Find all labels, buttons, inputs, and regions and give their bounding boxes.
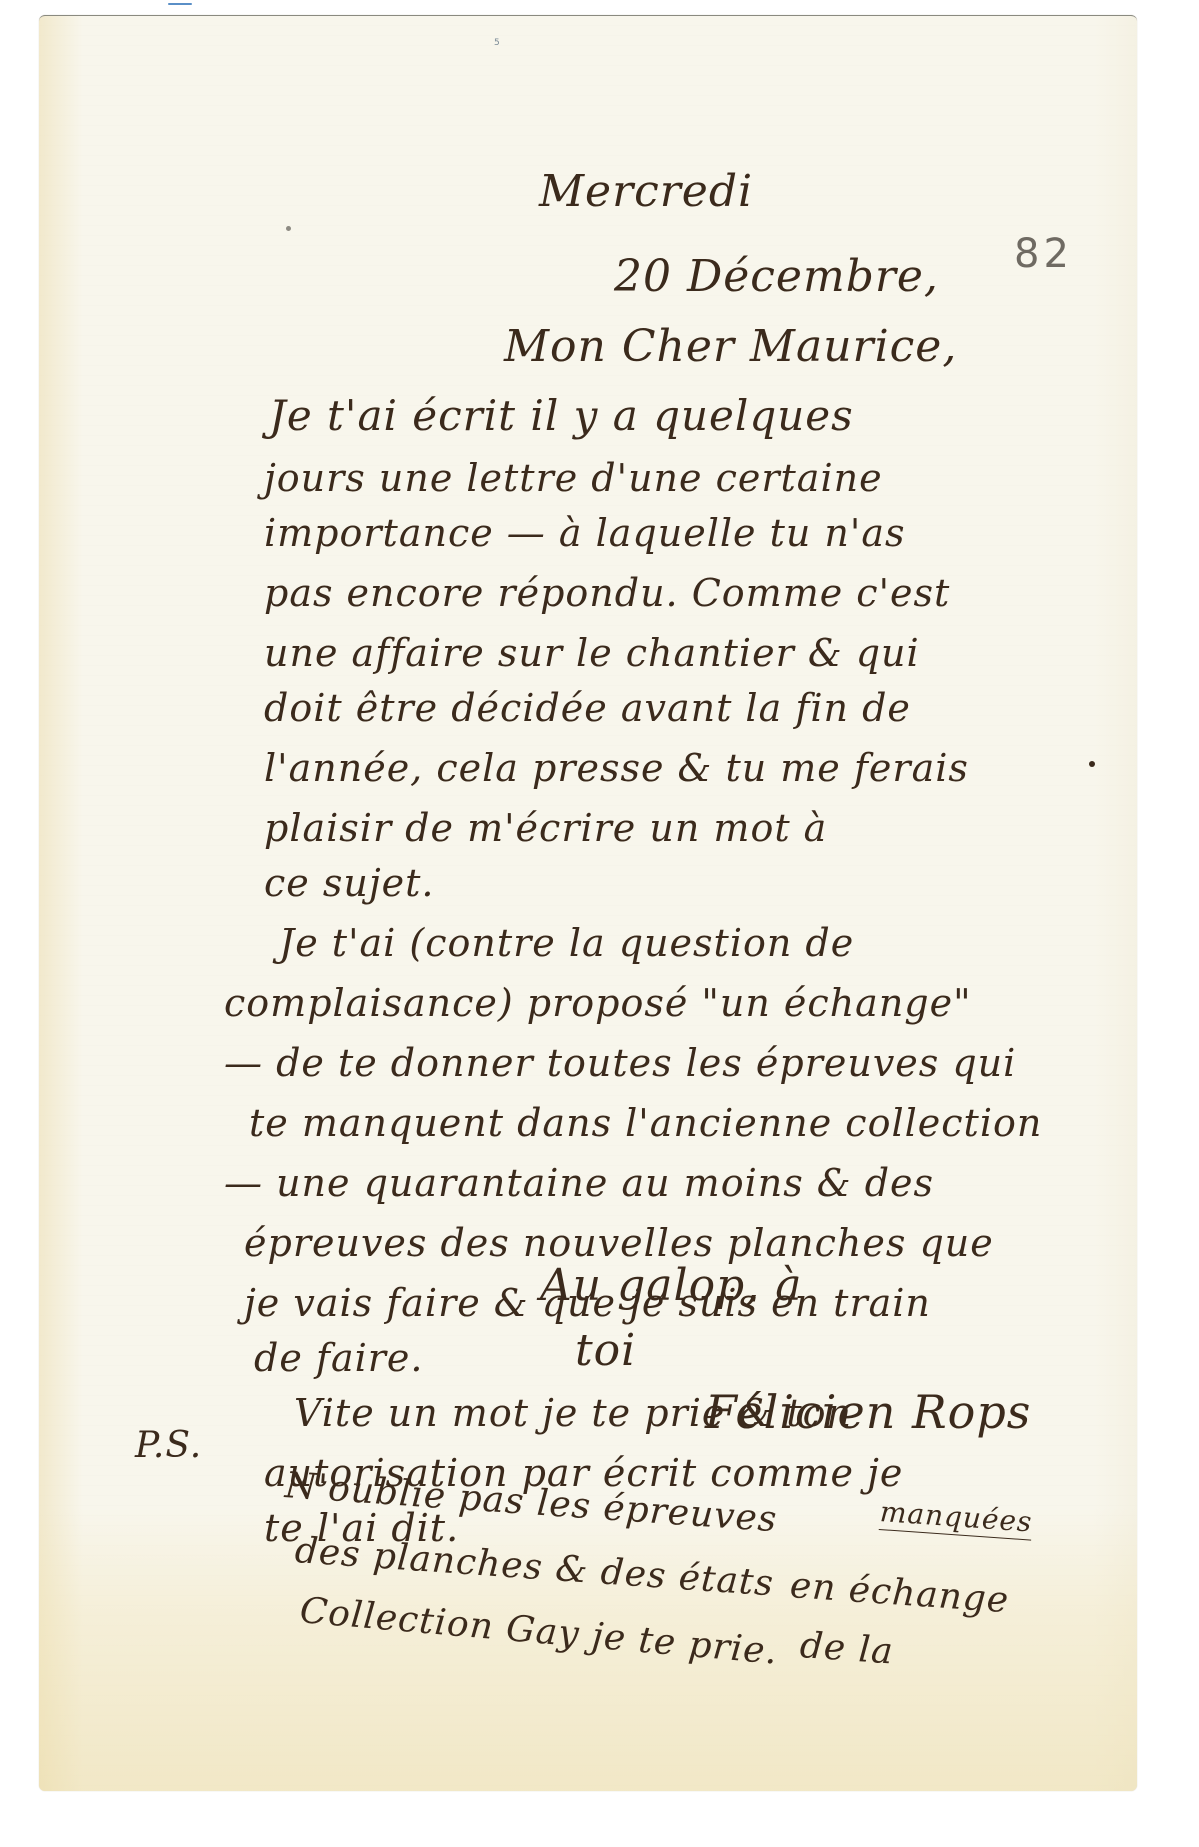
body-line: plaisir de m'écrire un mot à (264, 806, 827, 850)
body-line: épreuves des nouvelles planches que (244, 1221, 994, 1265)
salutation: Mon Cher Maurice, (504, 321, 957, 372)
body-line: jours une lettre d'une certaine (264, 456, 883, 500)
pencil-page-number: 5 (494, 38, 500, 48)
letter-date: 20 Décembre, (614, 251, 939, 302)
body-line: de faire. (254, 1336, 424, 1380)
year-annotation: 82 (1014, 231, 1073, 277)
ink-dot (1089, 761, 1095, 767)
body-line: importance — à laquelle tu n'as (264, 511, 906, 555)
signature: Félicien Rops (705, 1385, 1031, 1439)
body-line: te manquent dans l'ancienne collection (249, 1101, 1042, 1145)
letter-day: Mercredi (539, 166, 753, 217)
closing-line-1: Au galop, à (540, 1260, 802, 1311)
scan-edge-mark (168, 3, 192, 5)
body-line: complaisance) proposé "un échange" (224, 981, 972, 1025)
body-line: l'année, cela presse & tu me ferais (264, 746, 969, 790)
body-line: pas encore répondu. Comme c'est (264, 571, 950, 615)
closing-line-2: toi (575, 1325, 636, 1376)
ps-label: P.S. (135, 1425, 202, 1466)
pencil-dot (286, 226, 291, 231)
body-line: Je t'ai écrit il y a quelques (269, 391, 854, 440)
body-line: une affaire sur le chantier & qui (264, 631, 920, 675)
ps-insertion: de la (799, 1625, 895, 1672)
body-line: — une quarantaine au moins & des (224, 1161, 934, 1205)
body-line: ce sujet. (264, 861, 434, 905)
body-line: — de te donner toutes les épreuves qui (224, 1041, 1016, 1085)
body-line: Je t'ai (contre la question de (279, 921, 854, 965)
body-line: doit être décidée avant la fin de (264, 686, 911, 730)
